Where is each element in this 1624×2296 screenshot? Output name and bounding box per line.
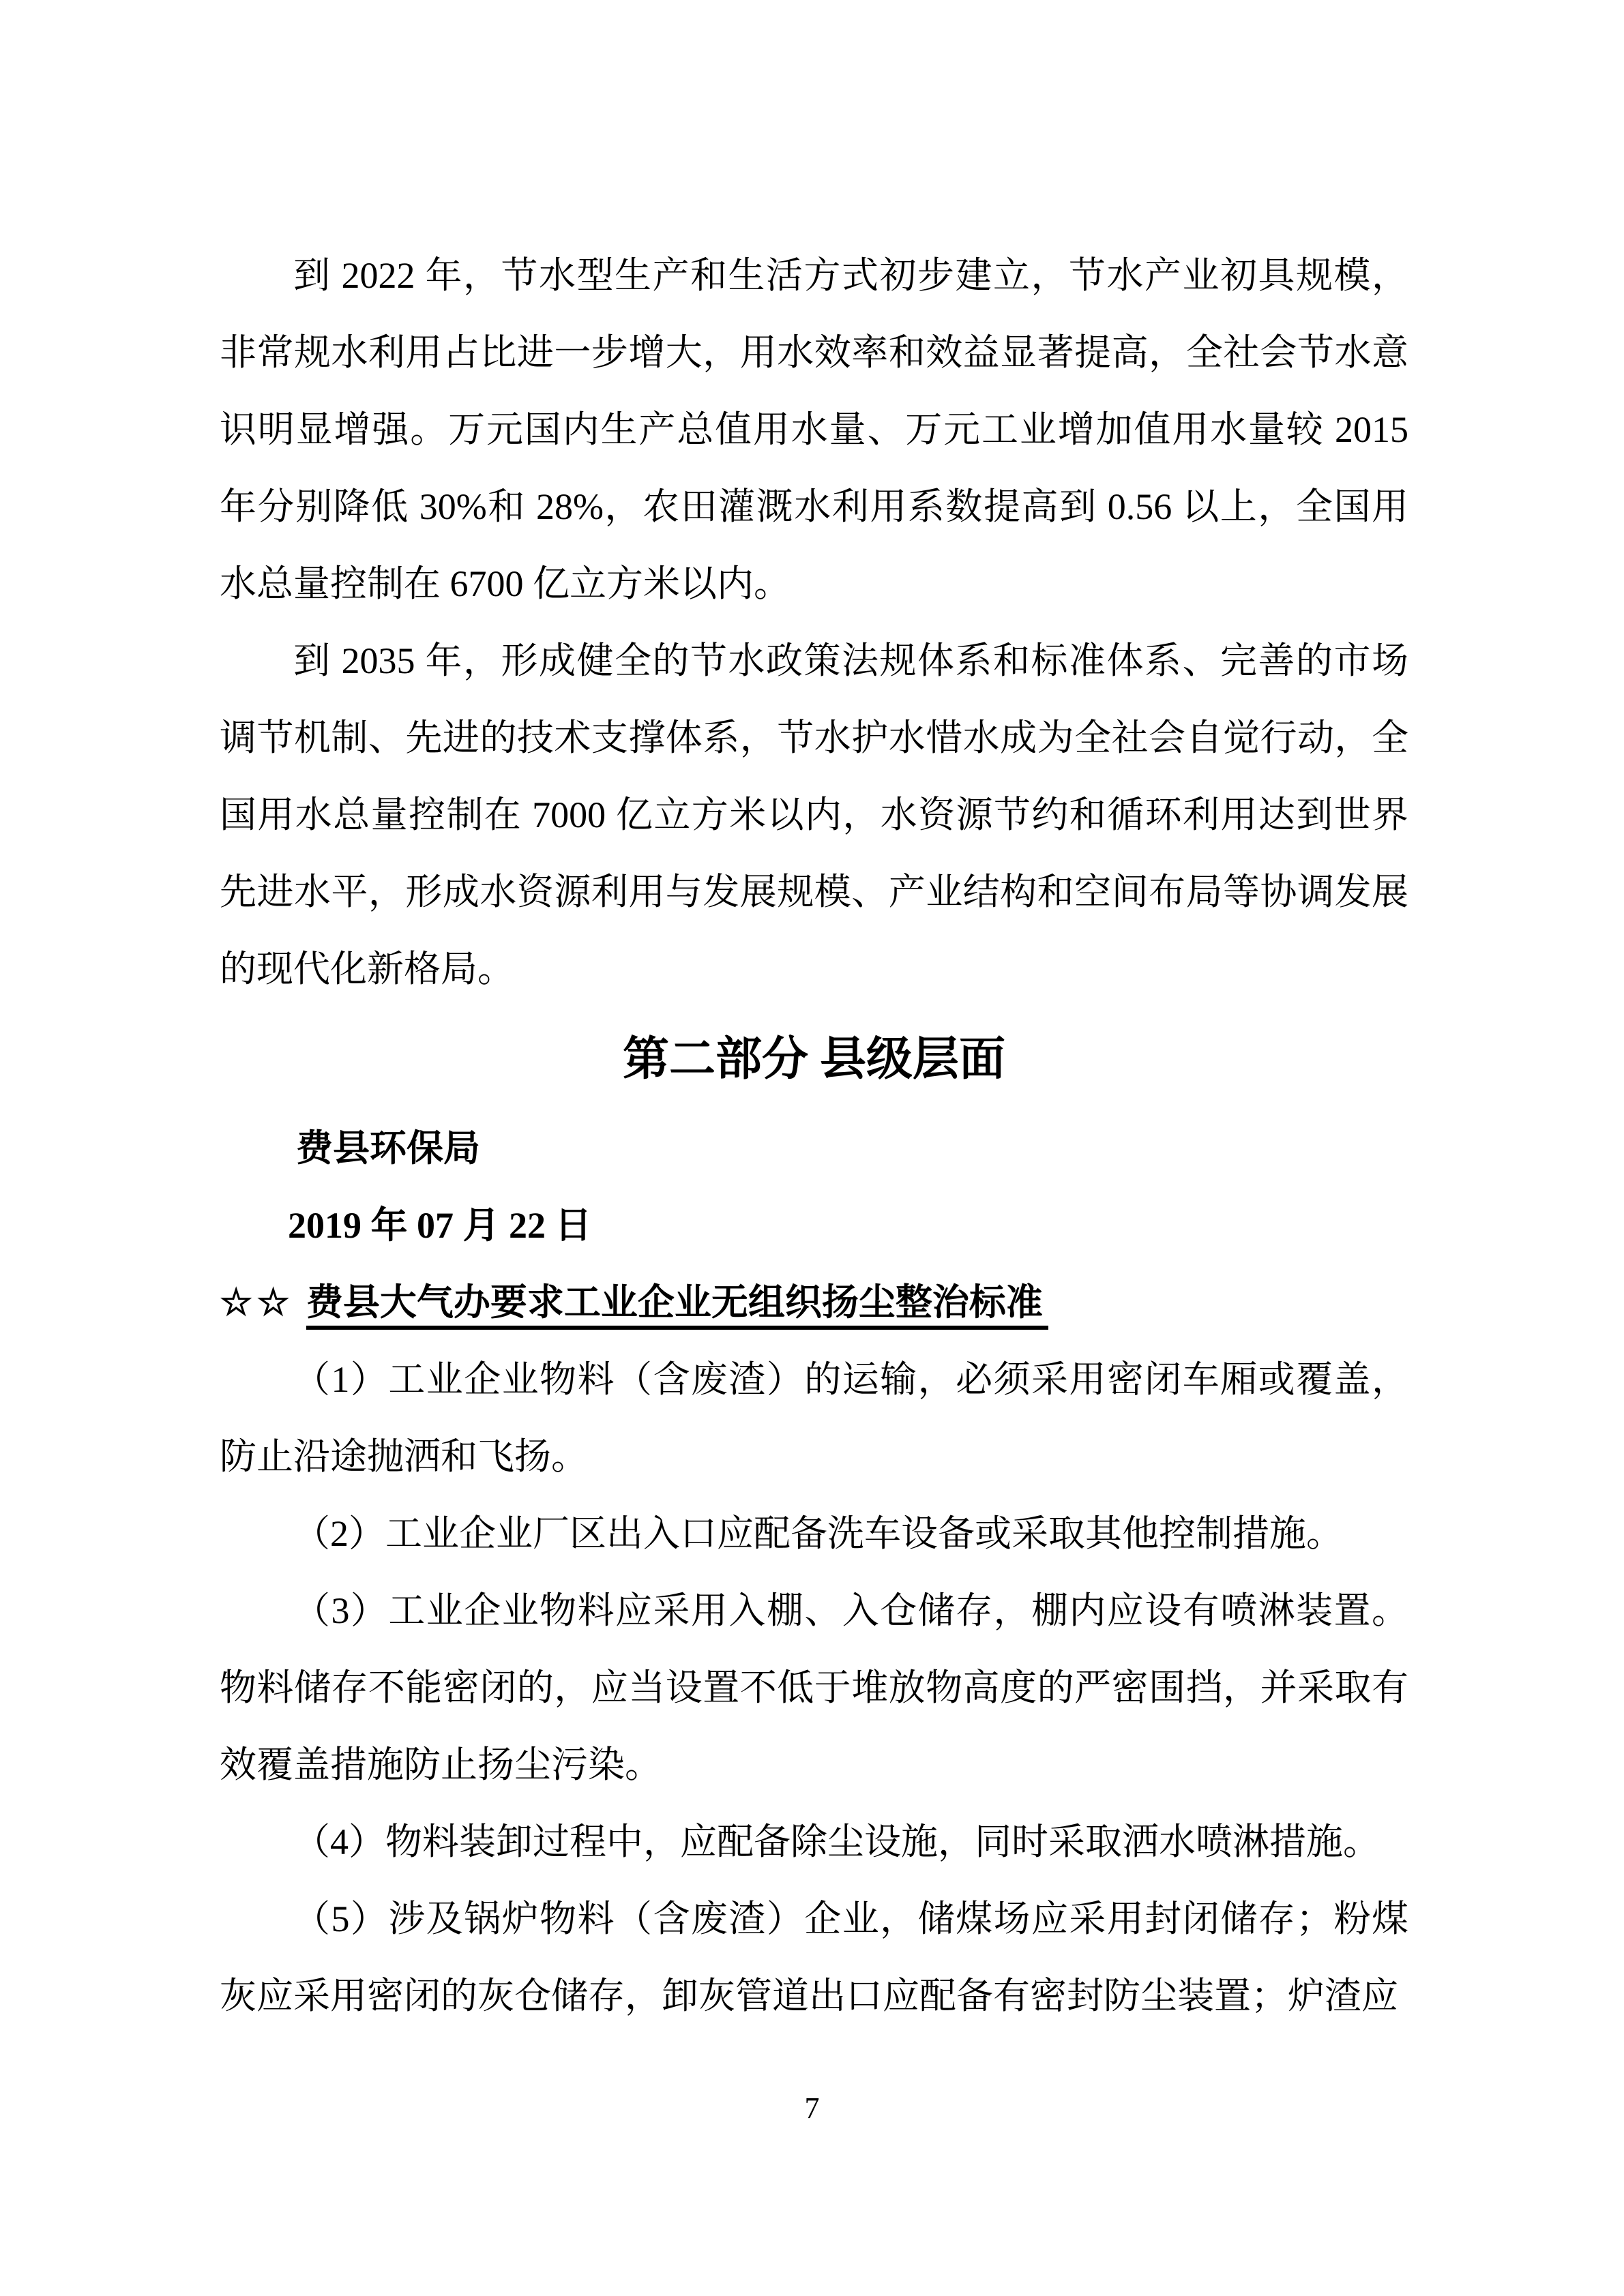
paragraph-2035-goals: 到 2035 年，形成健全的节水政策法规体系和标准体系、完善的市场调节机制、先进… xyxy=(220,623,1408,1008)
document-content: 到 2022 年，节水型生产和生活方式初步建立，节水产业初具规模，非常规水利用占… xyxy=(220,237,1408,2035)
notice-title-line: ☆☆费县大气办要求工业企业无组织扬尘整治标准 xyxy=(220,1264,1408,1341)
page-number: 7 xyxy=(0,2088,1624,2129)
agency-name: 费县环保局 xyxy=(220,1110,1408,1187)
list-item-5: （5）涉及锅炉物料（含废渣）企业，储煤场应采用封闭储存；粉煤灰应采用密闭的灰仓储… xyxy=(220,1881,1408,2035)
document-page: 到 2022 年，节水型生产和生活方式初步建立，节水产业初具规模，非常规水利用占… xyxy=(0,0,1624,2296)
section-heading: 第二部分 县级层面 xyxy=(220,1008,1408,1110)
list-item-3: （3）工业企业物料应采用入棚、入仓储存，棚内应设有喷淋装置。物料储存不能密闭的，… xyxy=(220,1572,1408,1804)
publish-date: 2019 年 07 月 22 日 xyxy=(220,1187,1408,1264)
list-item-1: （1）工业企业物料（含废渣）的运输，必须采用密闭车厢或覆盖，防止沿途抛洒和飞扬。 xyxy=(220,1341,1408,1495)
notice-title: 费县大气办要求工业企业无组织扬尘整治标准 xyxy=(306,1282,1048,1330)
list-item-2: （2）工业企业厂区出入口应配备洗车设备或采取其他控制措施。 xyxy=(220,1495,1408,1572)
star-icons: ☆☆ xyxy=(220,1282,294,1323)
list-item-4: （4）物料装卸过程中，应配备除尘设施，同时采取洒水喷淋措施。 xyxy=(220,1804,1408,1881)
paragraph-2022-goals: 到 2022 年，节水型生产和生活方式初步建立，节水产业初具规模，非常规水利用占… xyxy=(220,237,1408,623)
